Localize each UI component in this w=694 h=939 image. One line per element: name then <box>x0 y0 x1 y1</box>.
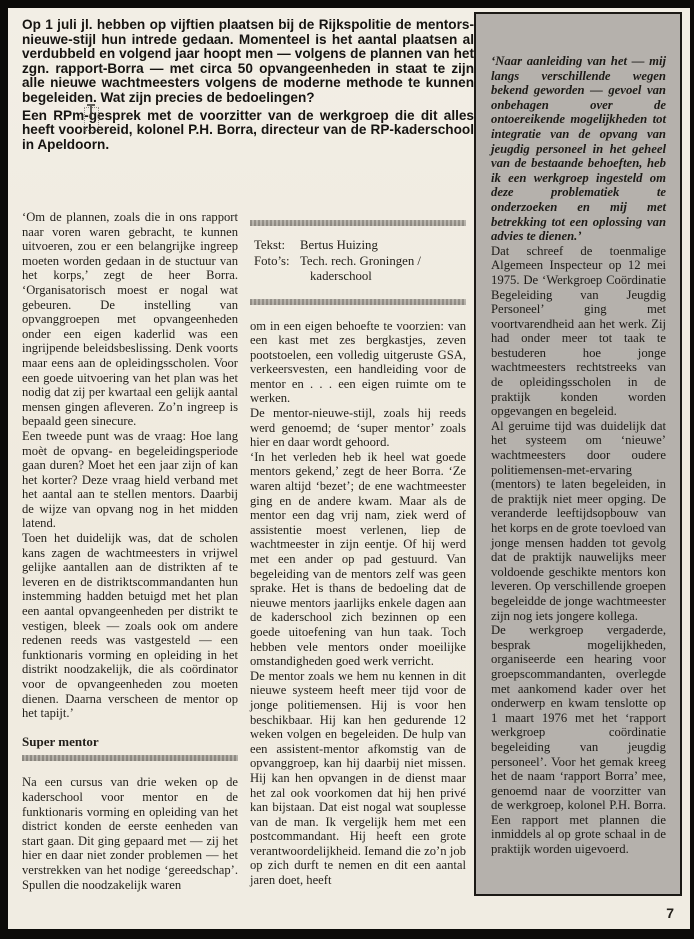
body-paragraph: De mentor-nieuwe-stijl, zoals hij reeds … <box>250 406 466 450</box>
section-heading-super-mentor: Super mentor <box>22 735 238 750</box>
credit-value: Tech. rech. Groningen / <box>300 254 421 270</box>
body-paragraph: om in een eigen behoefte te voorzien: va… <box>250 319 466 407</box>
credit-label: Foto’s: <box>254 254 300 270</box>
divider-bar <box>22 755 238 761</box>
page-number: 7 <box>666 905 674 921</box>
intro-paragraph-lead: Op 1 juli jl. hebben op vijftien plaatse… <box>22 18 474 106</box>
divider-bar <box>250 299 466 305</box>
sidebar-paragraph: Dat schreef de toenmalige Algemeen Inspe… <box>491 244 666 419</box>
sidebar-paragraph: Al geruime tijd was duidelijk dat het sy… <box>491 419 666 623</box>
column-middle: Tekst: Bertus Huizing Foto’s: Tech. rech… <box>250 210 466 888</box>
credit-value-continuation: kaderschool <box>254 269 466 285</box>
body-paragraph: De mentor zoals we hem nu kennen in dit … <box>250 669 466 888</box>
intro-block: Op 1 juli jl. hebben op vijftien plaatse… <box>22 18 474 155</box>
column-left: ‘Om de plannen, zoals die in ons rapport… <box>22 210 238 892</box>
body-paragraph: Een tweede punt was de vraag: Hoe lang m… <box>22 429 238 531</box>
magazine-page: Op 1 juli jl. hebben op vijftien plaatse… <box>0 0 694 939</box>
text-cursor-artifact <box>84 107 99 131</box>
credit-label: Tekst: <box>254 238 300 254</box>
credit-value: Bertus Huizing <box>300 238 378 254</box>
credit-row-photos: Foto’s: Tech. rech. Groningen / <box>254 254 466 270</box>
body-paragraph: Toen het duidelijk was, dat de scholen k… <box>22 531 238 721</box>
sidebar-paragraph: De werkgroep vergaderde, besprak mogelij… <box>491 623 666 857</box>
sidebar-quote: ‘Naar aanleiding van het — mij langs ver… <box>491 54 666 244</box>
body-paragraph: ‘Om de plannen, zoals die in ons rapport… <box>22 210 238 429</box>
body-paragraph: ‘In het verleden heb ik heel wat goede m… <box>250 450 466 669</box>
credits-text: Tekst: Bertus Huizing Foto’s: Tech. rech… <box>250 226 466 299</box>
sidebar-grey-box: ‘Naar aanleiding van het — mij langs ver… <box>474 12 682 896</box>
body-paragraph: Na een cursus van drie weken op de kader… <box>22 775 238 892</box>
credit-row-text: Tekst: Bertus Huizing <box>254 238 466 254</box>
paper-background: Op 1 juli jl. hebben op vijftien plaatse… <box>8 8 690 929</box>
credits-box: Tekst: Bertus Huizing Foto’s: Tech. rech… <box>250 220 466 305</box>
